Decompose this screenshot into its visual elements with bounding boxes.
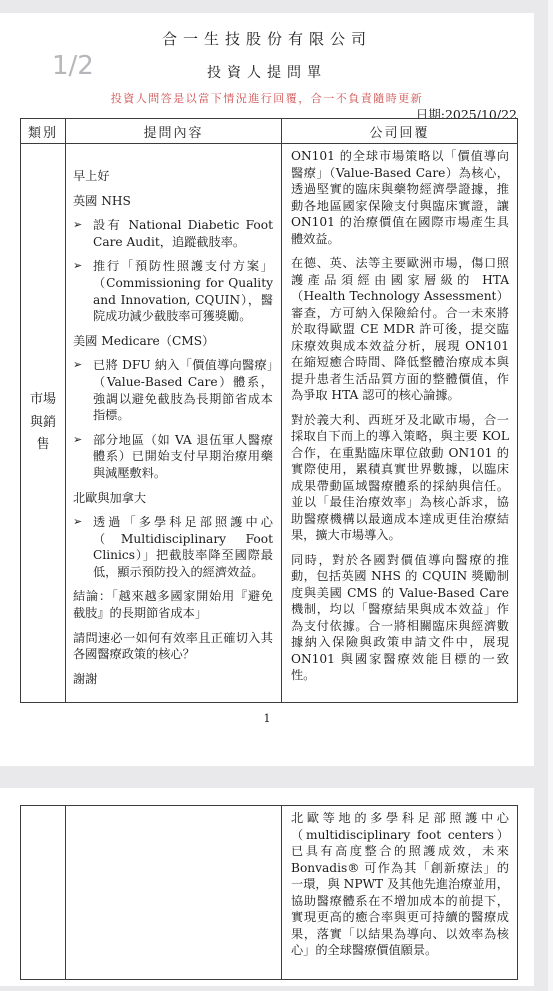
qa-table-page2: 北歐等地的多學科足部照護中心（multidisciplinary foot ce… xyxy=(20,805,518,980)
category-cell xyxy=(21,806,66,979)
question-text-line: 請問速必一如何有效率且正確切入其各國醫療政策的核心？ xyxy=(73,630,273,663)
question-bullet-item: ➢ 透過「多學科足部照護中心（Multidisciplinary Foot Cl… xyxy=(73,514,273,580)
qa-table: 類別 提問內容 公司回覆 市場與銷售 早上好 英國 NHS ➢ 設有 Natio… xyxy=(20,118,518,703)
bullet-arrow-icon: ➢ xyxy=(73,357,93,423)
reply-paragraph: 北歐等地的多學科足部照護中心（multidisciplinary foot ce… xyxy=(291,810,509,959)
question-text-line: 早上好 xyxy=(73,168,273,185)
bullet-arrow-icon: ➢ xyxy=(73,258,93,324)
page-2: 北歐等地的多學科足部照護中心（multidisciplinary foot ce… xyxy=(0,788,534,986)
question-bullet-text: 透過「多學科足部照護中心（Multidisciplinary Foot Clin… xyxy=(93,514,273,580)
question-bullet-item: ➢ 已將 DFU 納入「價值導向醫療」（Value-Based Care）體系，… xyxy=(73,357,273,423)
reply-cell: 北歐等地的多學科足部照護中心（multidisciplinary foot ce… xyxy=(282,806,517,979)
table-header-row: 類別 提問內容 公司回覆 xyxy=(21,119,517,144)
header-question: 提問內容 xyxy=(66,119,282,143)
question-cell: 早上好 英國 NHS ➢ 設有 National Diabetic Foot C… xyxy=(66,144,282,702)
reply-paragraph: 同時，對於各國對價值導向醫療的推動，包括英國 NHS 的 CQUIN 獎勵制度與… xyxy=(291,552,509,684)
question-bullet-item: ➢ 設有 National Diabetic Foot Care Audit，追… xyxy=(73,217,273,250)
table-row: 市場與銷售 早上好 英國 NHS ➢ 設有 National Diabetic … xyxy=(21,144,517,702)
footer-page-number: 1 xyxy=(0,712,534,725)
reply-paragraph: 對於義大利、西班牙及北歐市場，合一採取自下而上的導入策略，與主要 KOL 合作，… xyxy=(291,412,509,544)
document-title: 投資人提問單 xyxy=(0,62,534,82)
question-text-line: 謝謝 xyxy=(73,671,273,688)
question-bullet-text: 已將 DFU 納入「價值導向醫療」（Value-Based Care）體系，強調… xyxy=(93,357,273,423)
question-cell xyxy=(66,806,282,979)
category-cell: 市場與銷售 xyxy=(21,144,66,702)
page-1: 1/2 合一生技股份有限公司 投資人提問單 投資人問答是以當下情況進行回覆，合一… xyxy=(0,13,534,766)
viewer-edge-strip xyxy=(548,0,553,991)
bullet-arrow-icon: ➢ xyxy=(73,432,93,482)
question-text-line: 英國 NHS xyxy=(73,193,273,210)
bullet-arrow-icon: ➢ xyxy=(73,514,93,580)
question-bullet-item: ➢ 部分地區（如 VA 退伍軍人醫療體系）已開始支付早期治療用藥與減壓敷料。 xyxy=(73,432,273,482)
question-bullet-text: 推行「預防性照護支付方案」（Commissioning for Quality … xyxy=(93,258,273,324)
reply-cell: ON101 的全球市場策略以「價值導向醫療」（Value-Based Care）… xyxy=(282,144,517,702)
question-bullet-text: 部分地區（如 VA 退伍軍人醫療體系）已開始支付早期治療用藥與減壓敷料。 xyxy=(93,432,273,482)
company-title: 合一生技股份有限公司 xyxy=(0,28,534,49)
question-text-line: 北歐與加拿大 xyxy=(73,490,273,507)
bullet-arrow-icon: ➢ xyxy=(73,217,93,250)
reply-paragraph: 在德、英、法等主要歐洲市場，傷口照護產品須經由國家層級的 HTA（Health … xyxy=(291,255,509,404)
question-bullet-text: 設有 National Diabetic Foot Care Audit，追蹤截… xyxy=(93,217,273,250)
reply-paragraph: ON101 的全球市場策略以「價值導向醫療」（Value-Based Care）… xyxy=(291,148,509,247)
header-category: 類別 xyxy=(21,119,66,143)
table-row: 北歐等地的多學科足部照護中心（multidisciplinary foot ce… xyxy=(21,806,517,979)
question-text-line: 結論：「越來越多國家開始用『避免截肢』的長期節省成本」 xyxy=(73,588,273,621)
question-text-line: 美國 Medicare（CMS） xyxy=(73,333,273,350)
disclaimer-notice: 投資人問答是以當下情況進行回覆，合一不負責隨時更新 xyxy=(0,90,534,106)
document-viewer: 1/2 合一生技股份有限公司 投資人提問單 投資人問答是以當下情況進行回覆，合一… xyxy=(0,0,553,991)
header-reply: 公司回覆 xyxy=(282,119,517,143)
question-bullet-item: ➢ 推行「預防性照護支付方案」（Commissioning for Qualit… xyxy=(73,258,273,324)
category-label: 市場與銷售 xyxy=(30,389,56,457)
